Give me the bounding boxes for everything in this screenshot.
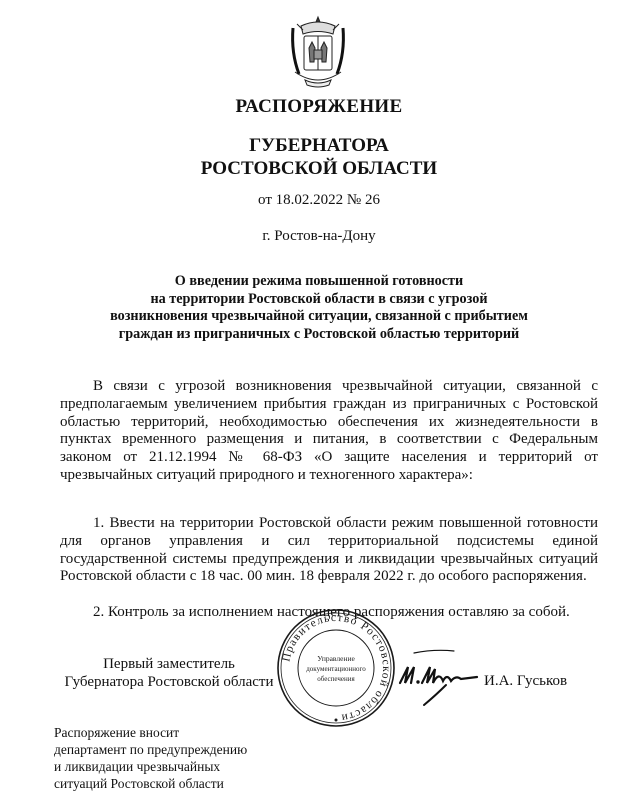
stamp-inner-line-3: обеспечения (317, 675, 355, 683)
stamp-inner-line-2: документационного (306, 665, 366, 673)
submitted-by-note: Распоряжение вносит департамент по преду… (54, 724, 247, 792)
footer-line: ситуаций Ростовской области (54, 775, 247, 792)
subject-line: О введении режима повышенной готовности (0, 273, 638, 291)
footer-line: и ликвидации чрезвычайных (54, 758, 247, 775)
coat-of-arms-icon (287, 14, 349, 92)
footer-line: департамент по предупреждению (54, 741, 247, 758)
subject-line: граждан из приграничных с Ростовской обл… (0, 326, 638, 344)
signatory-title-line-1: Первый заместитель (64, 655, 274, 673)
subject-line: возникновения чрезвычайной ситуации, свя… (0, 308, 638, 326)
city: г. Ростов-на-Дону (0, 228, 638, 245)
date-and-number: от 18.02.2022 № 26 (0, 192, 638, 209)
stamp-inner-line-1: Управление (317, 654, 355, 663)
preamble-paragraph: В связи с угрозой возникновения чрезвыча… (60, 378, 598, 485)
signatory-name: И.А. Гуськов (484, 673, 567, 690)
issuer-line-1: ГУБЕРНАТОРА (0, 134, 638, 157)
order-item-1: 1. Ввести на территории Ростовской облас… (60, 515, 598, 586)
issuer-line-2: РОСТОВСКОЙ ОБЛАСТИ (0, 157, 638, 180)
footer-line: Распоряжение вносит (54, 724, 247, 741)
document-subject: О введении режима повышенной готовности … (0, 273, 638, 343)
handwritten-signature (396, 645, 488, 707)
issuer: ГУБЕРНАТОРА РОСТОВСКОЙ ОБЛАСТИ (0, 134, 638, 180)
document-type: РАСПОРЯЖЕНИЕ (0, 96, 638, 118)
subject-line: на территории Ростовской области в связи… (0, 291, 638, 309)
signatory-title: Первый заместитель Губернатора Ростовско… (64, 655, 274, 691)
official-stamp: Правительство Ростовской области Управле… (275, 607, 397, 729)
signatory-title-line-2: Губернатора Ростовской области (64, 673, 274, 691)
